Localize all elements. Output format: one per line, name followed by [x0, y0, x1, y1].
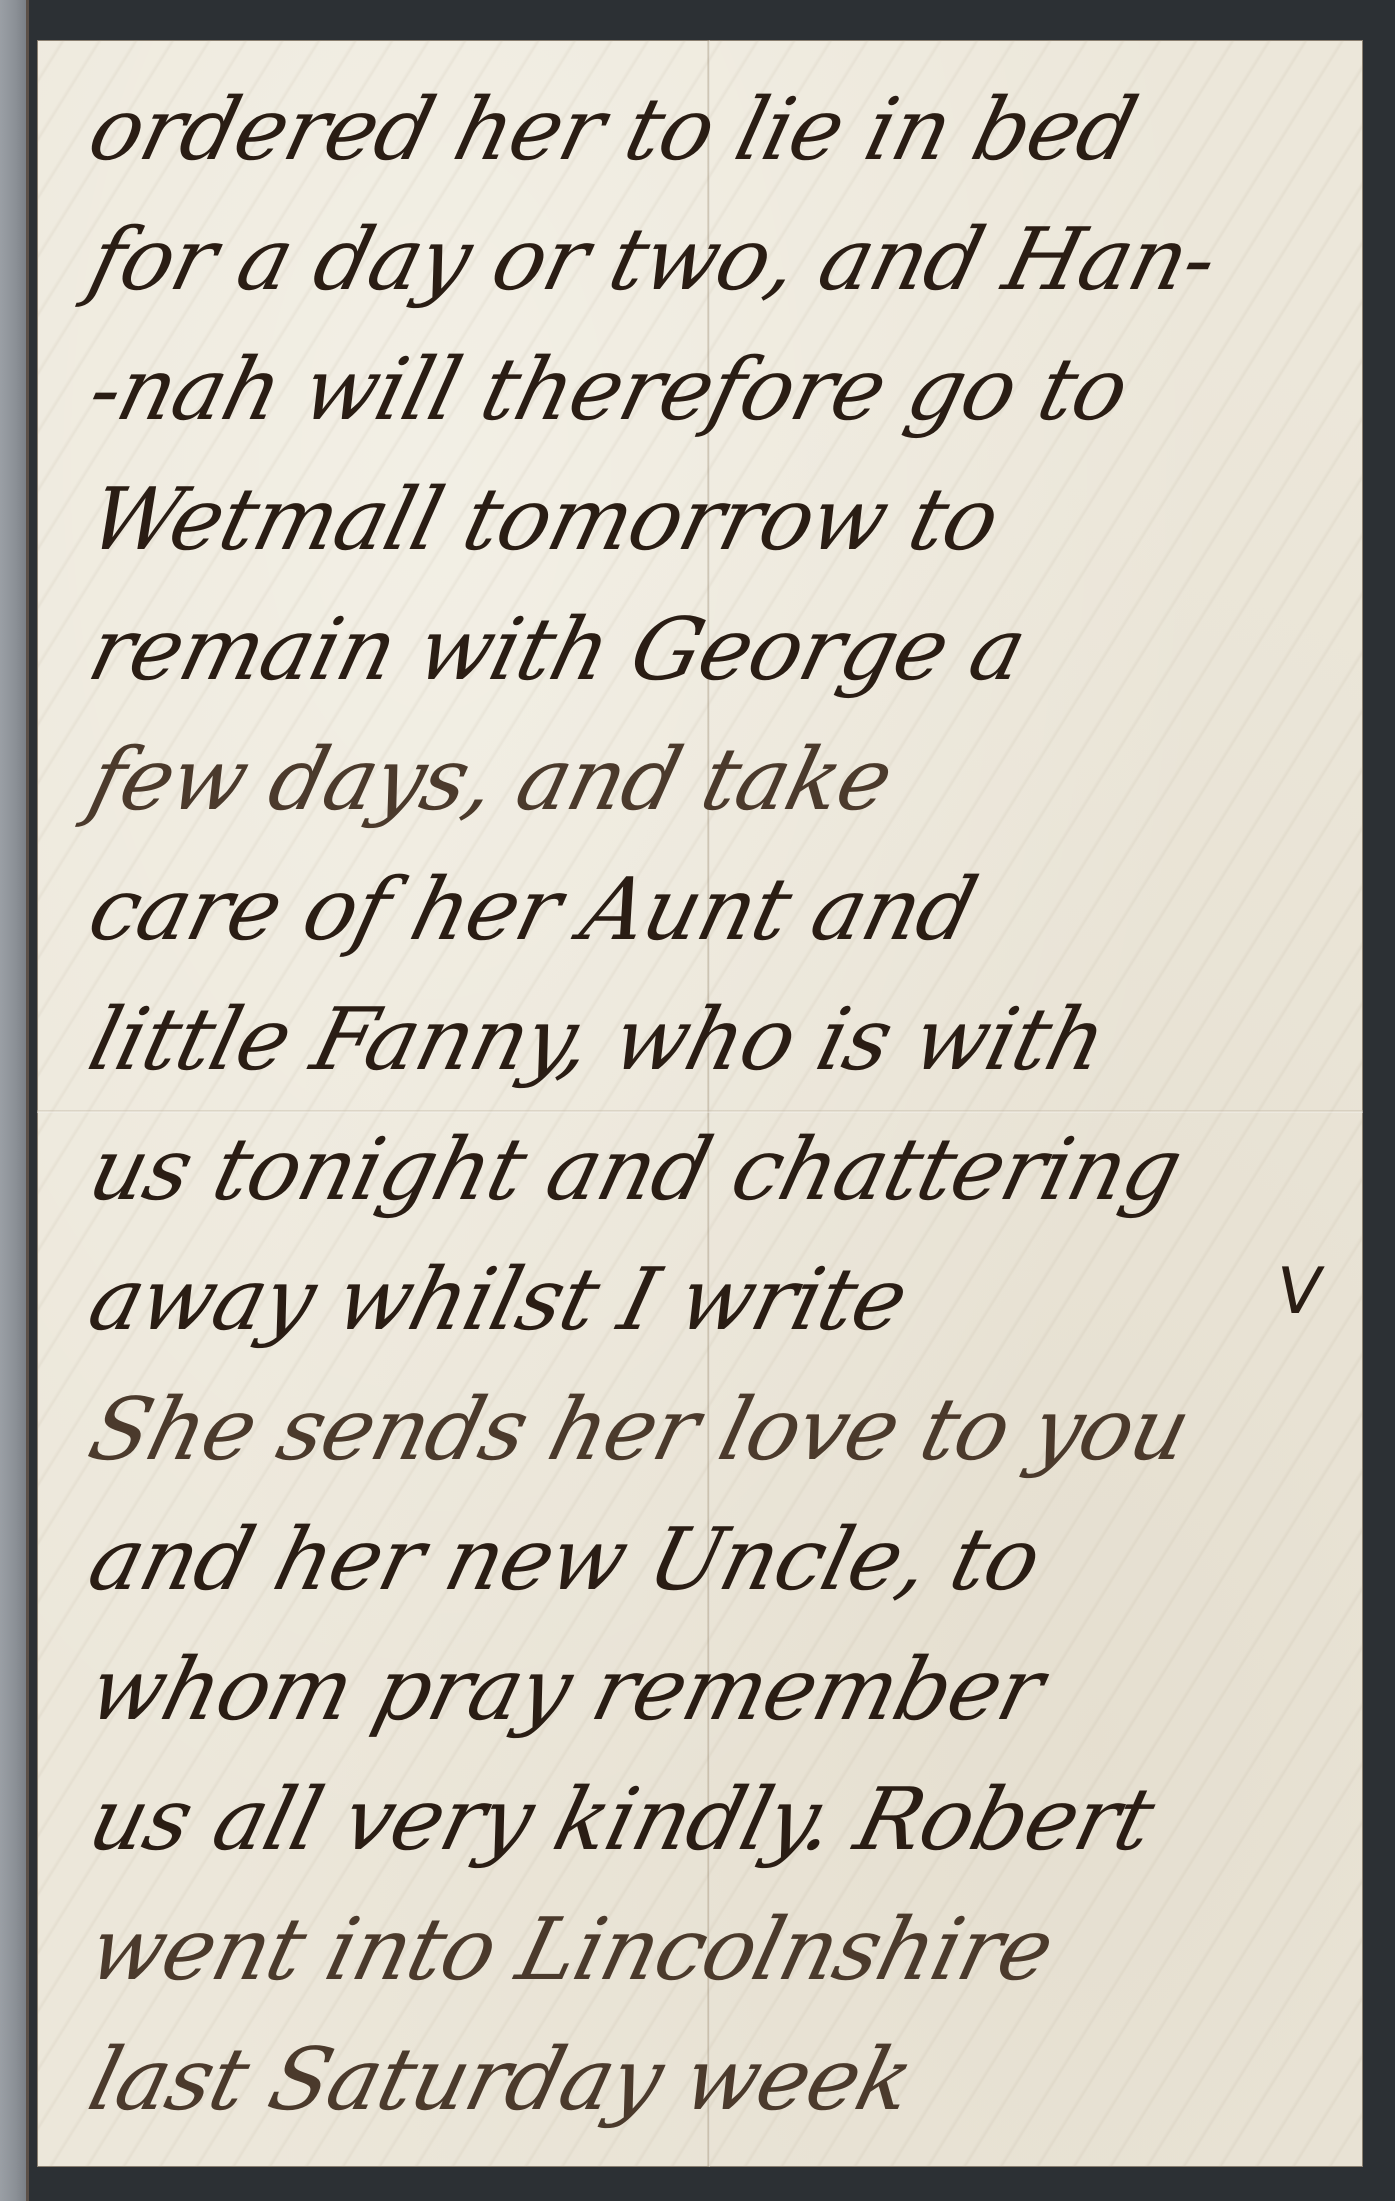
letter-page: ordered her to lie in bed for a day or t…	[37, 40, 1363, 2167]
handwritten-line-13: whom pray remember	[77, 1630, 1363, 1750]
handwritten-line-2: for a day or two, and Han-	[77, 200, 1363, 320]
handwritten-line-5: remain with George a	[77, 590, 1363, 710]
handwritten-line-4: Wetmall tomorrow to	[77, 460, 1363, 580]
handwritten-line-11: She sends her love to you	[77, 1370, 1363, 1490]
handwritten-line-16: last Saturday week	[77, 2020, 1363, 2140]
handwritten-line-1: ordered her to lie in bed	[77, 70, 1363, 190]
handwritten-line-7: care of her Aunt and	[77, 850, 1363, 970]
handwritten-line-3: -nah will therefore go to	[77, 330, 1363, 450]
handwritten-line-12: and her new Uncle, to	[77, 1500, 1363, 1620]
handwritten-line-6: few days, and take	[77, 720, 1363, 840]
handwritten-line-15: went into Lincolnshire	[77, 1890, 1363, 2010]
handwritten-line-14: us all very kindly. Robert	[77, 1760, 1363, 1880]
handwritten-line-8: little Fanny, who is with	[77, 980, 1363, 1100]
handwritten-line-10: away whilst I write	[77, 1240, 1363, 1360]
handwritten-line-9: us tonight and chattering	[77, 1110, 1363, 1230]
mount-left-strip	[0, 0, 26, 2201]
